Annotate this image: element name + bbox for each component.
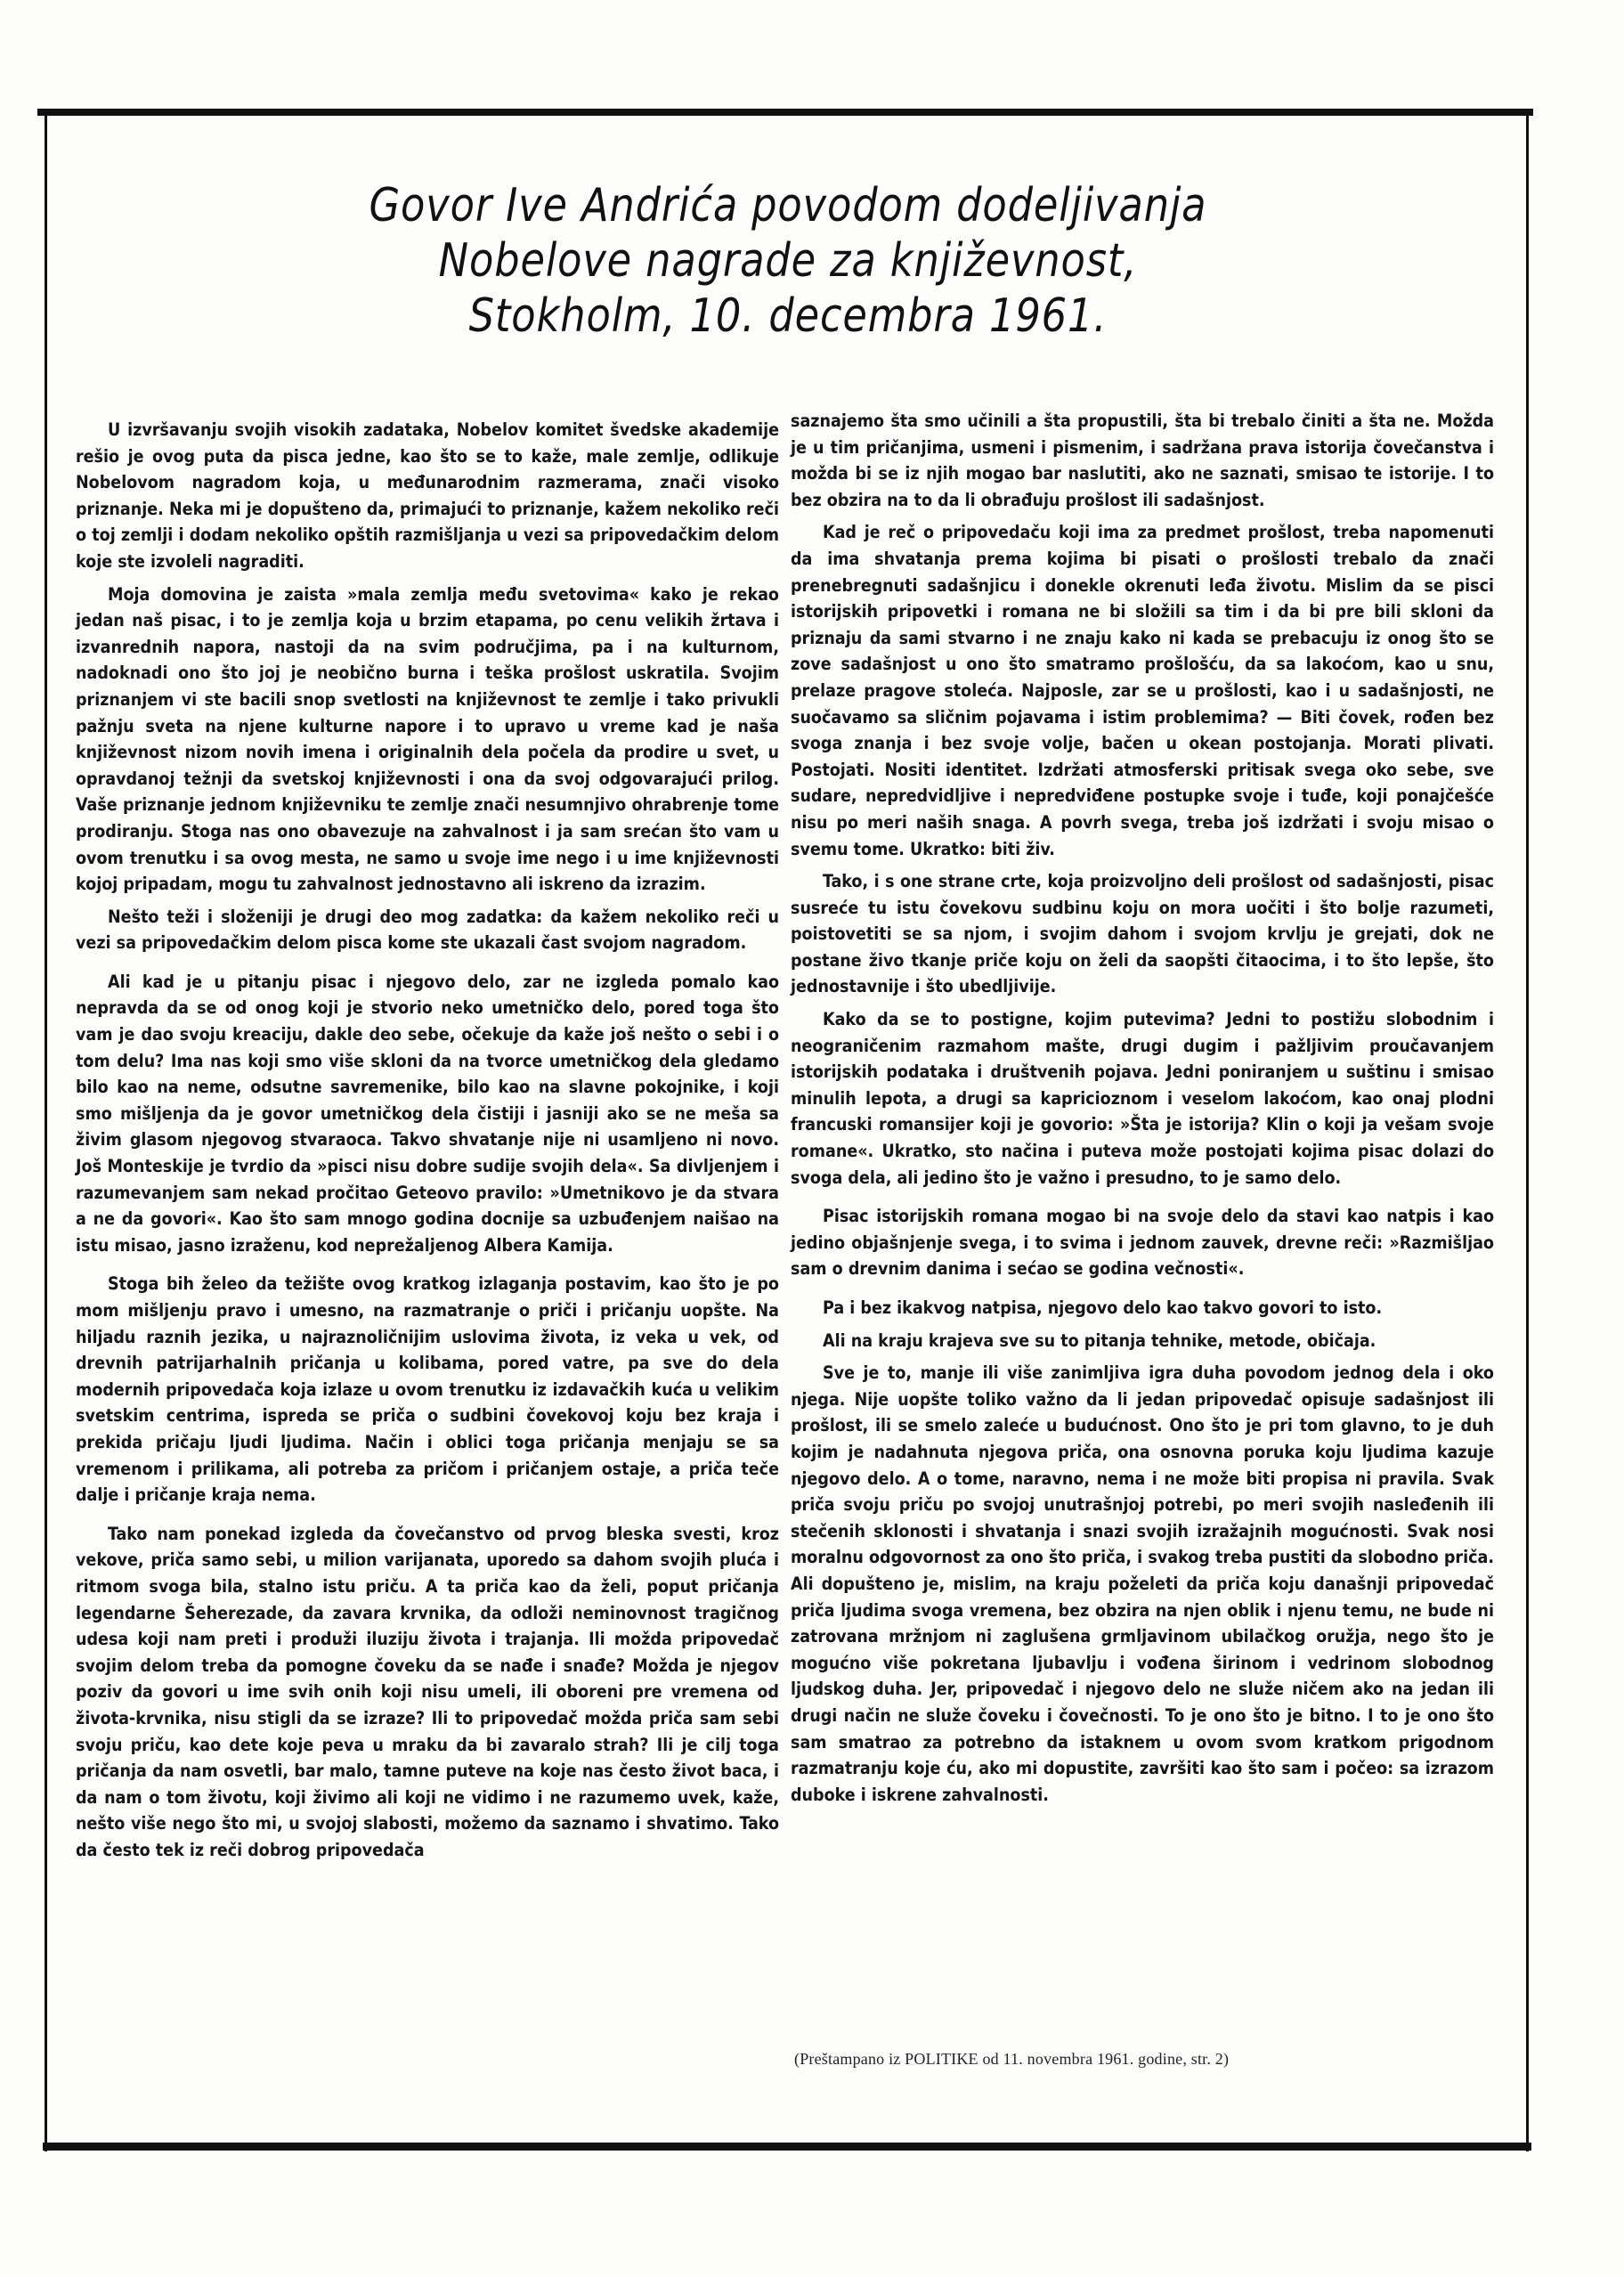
paragraph: Tako nam ponekad izgleda da čovečanstvo … bbox=[76, 1521, 779, 1864]
paragraph: Moja domovina je zaista »mala zemlja međ… bbox=[76, 581, 779, 898]
paragraph-continued: saznajemo šta smo učinili a šta propusti… bbox=[791, 408, 1494, 513]
paragraph: U izvršavanju svojih visokih zadataka, N… bbox=[76, 417, 779, 575]
paragraph: Pisac istorijskih romana mogao bi na svo… bbox=[791, 1203, 1494, 1282]
paragraph: Tako, i s one strane crte, koja proizvol… bbox=[791, 868, 1494, 1000]
paragraph: Ali na kraju krajeva sve su to pitanja t… bbox=[791, 1328, 1494, 1354]
title-line-2: Nobelove nagrade za književnost, bbox=[157, 233, 1420, 289]
page-title: Govor Ive Andrića povodom dodeljivanja N… bbox=[157, 178, 1420, 344]
paragraph: Stoga bih želeo da težište ovog kratkog … bbox=[76, 1271, 779, 1508]
paragraph: Kako da se to postigne, kojim putevima? … bbox=[791, 1006, 1494, 1191]
paragraph: Ali kad je u pitanju pisac i njegovo del… bbox=[76, 969, 779, 1259]
paragraph: Pa i bez ikakvog natpisa, njegovo delo k… bbox=[791, 1295, 1494, 1321]
title-line-1: Govor Ive Andrića povodom dodeljivanja bbox=[157, 178, 1420, 233]
paragraph: Sve je to, manje ili više zanimljiva igr… bbox=[791, 1360, 1494, 1808]
bottom-border-rule bbox=[43, 2143, 1531, 2151]
paragraph: Kad je reč o pripovedaču koji ima za pre… bbox=[791, 519, 1494, 862]
paragraph: Nešto teži i složeniji je drugi deo mog … bbox=[76, 904, 779, 956]
right-text-column: saznajemo šta smo učinili a šta propusti… bbox=[791, 408, 1494, 1814]
title-line-3: Stokholm, 10. decembra 1961. bbox=[157, 289, 1420, 344]
left-text-column: U izvršavanju svojih visokih zadataka, N… bbox=[76, 417, 779, 1869]
source-note: (Preštampano iz POLITIKE od 11. novembra… bbox=[794, 2050, 1498, 2069]
